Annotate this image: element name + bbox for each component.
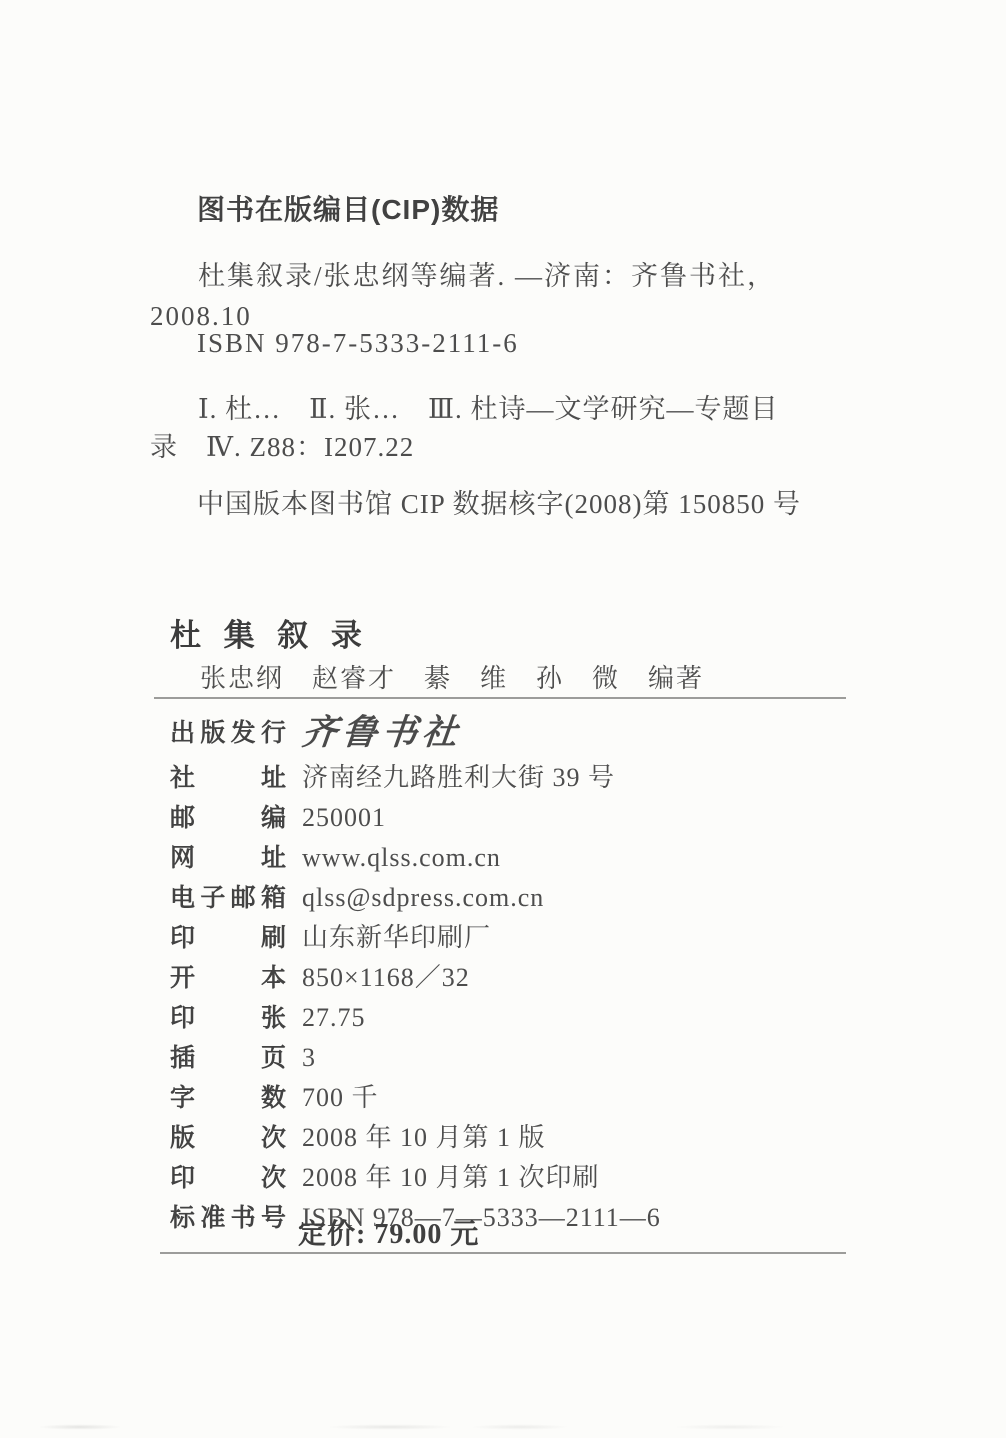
book-authors: 张忠纲 赵睿才 綦 维 孙 微 编著 bbox=[200, 658, 704, 695]
colophon-value: 2008 年 10 月第 1 版 bbox=[302, 1118, 546, 1158]
colophon-label: 电子邮箱 bbox=[170, 878, 286, 918]
cip-classification: Ⅰ. 杜… Ⅱ. 张… Ⅲ. 杜诗—文学研究—专题目 录 Ⅳ. Z88：I207… bbox=[150, 390, 870, 466]
colophon-label: 印次 bbox=[170, 1158, 286, 1198]
colophon-value: 济南经九路胜利大街 39 号 bbox=[302, 758, 615, 798]
colophon-row-format: 开本 850×1168／32 bbox=[170, 958, 860, 998]
colophon-label: 开本 bbox=[170, 958, 286, 998]
colophon-row-printer: 印刷 山东新华印刷厂 bbox=[170, 918, 860, 958]
publisher-logo: 齐鲁书社 bbox=[299, 708, 464, 758]
book-copyright-page: 图书在版编目(CIP)数据 杜集叙录/张忠纲等编著. —济南：齐鲁书社， 200… bbox=[0, 0, 1006, 1438]
cip-entry-line1: 杜集叙录/张忠纲等编著. —济南：齐鲁书社， bbox=[150, 256, 860, 296]
colophon-row-address: 社址 济南经九路胜利大街 39 号 bbox=[170, 758, 860, 798]
colophon-row-website: 网址 www.qlss.com.cn bbox=[170, 838, 860, 878]
colophon-value: 250001 bbox=[302, 798, 386, 838]
cip-header: 图书在版编目(CIP)数据 bbox=[197, 188, 499, 228]
colophon-table: 出版发行 齐鲁书社 社址 济南经九路胜利大街 39 号 邮编 250001 网址… bbox=[170, 708, 860, 1238]
colophon-label: 印张 bbox=[170, 998, 286, 1038]
colophon-label: 网址 bbox=[170, 838, 286, 878]
cip-isbn: ISBN 978-7-5333-2111-6 bbox=[197, 328, 519, 359]
price: 定价: 79.00 元 bbox=[298, 1212, 479, 1252]
colophon-row-inserts: 插页 3 bbox=[170, 1038, 860, 1078]
colophon-row-printing: 印次 2008 年 10 月第 1 次印刷 bbox=[170, 1158, 860, 1198]
colophon-label: 出版发行 bbox=[170, 708, 286, 758]
cip-classification-line1: Ⅰ. 杜… Ⅱ. 张… Ⅲ. 杜诗—文学研究—专题目 bbox=[150, 390, 870, 428]
colophon-label: 标准书号 bbox=[170, 1198, 286, 1238]
colophon-row-wordcount: 字数 700 千 bbox=[170, 1078, 860, 1118]
colophon-label: 插页 bbox=[170, 1038, 286, 1078]
colophon-row-postcode: 邮编 250001 bbox=[170, 798, 860, 838]
cip-entry: 杜集叙录/张忠纲等编著. —济南：齐鲁书社， 2008.10 bbox=[150, 256, 860, 336]
colophon-value: 700 千 bbox=[302, 1078, 379, 1118]
colophon-label: 社址 bbox=[170, 758, 286, 798]
scan-artifact bbox=[0, 1422, 1006, 1432]
cip-classification-line2: 录 Ⅳ. Z88：I207.22 bbox=[150, 428, 870, 466]
colophon-row-publisher: 出版发行 齐鲁书社 bbox=[170, 708, 860, 758]
colophon-row-edition: 版次 2008 年 10 月第 1 版 bbox=[170, 1118, 860, 1158]
colophon-row-sheets: 印张 27.75 bbox=[170, 998, 860, 1038]
cip-record-number: 中国版本图书馆 CIP 数据核字(2008)第 150850 号 bbox=[197, 482, 801, 521]
colophon-value: 850×1168／32 bbox=[302, 958, 470, 998]
colophon-label: 字数 bbox=[170, 1078, 286, 1118]
colophon-value-website: www.qlss.com.cn bbox=[302, 838, 501, 878]
colophon-value: 山东新华印刷厂 bbox=[302, 918, 491, 958]
divider-top bbox=[154, 697, 846, 699]
colophon-label: 版次 bbox=[170, 1118, 286, 1158]
colophon-label: 印刷 bbox=[170, 918, 286, 958]
colophon-row-isbn: 标准书号 ISBN 978—7—5333—2111—6 bbox=[170, 1198, 860, 1238]
colophon-value: 3 bbox=[302, 1038, 316, 1078]
book-title: 杜 集 叙 录 bbox=[170, 610, 369, 655]
divider-bottom bbox=[160, 1252, 846, 1254]
colophon-value: 2008 年 10 月第 1 次印刷 bbox=[302, 1158, 600, 1198]
colophon-label: 邮编 bbox=[170, 798, 286, 838]
colophon-row-email: 电子邮箱 qlss@sdpress.com.cn bbox=[170, 878, 860, 918]
colophon-value-email: qlss@sdpress.com.cn bbox=[302, 878, 544, 918]
colophon-value: 27.75 bbox=[302, 998, 366, 1038]
